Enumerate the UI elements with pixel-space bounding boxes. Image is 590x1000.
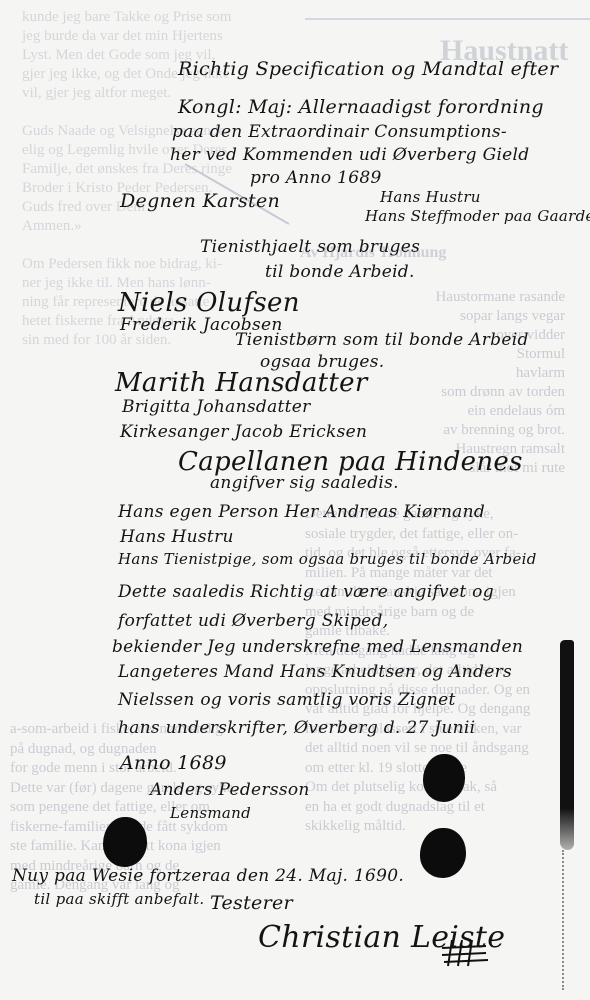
bleed-line: Ammen.»: [22, 217, 292, 236]
attest-line-2: forfattet udi Øverberg Skiped,: [118, 611, 388, 631]
bleed-through-rule: [305, 18, 590, 20]
signature-hatch-mark: [440, 938, 490, 968]
entry-angifver: angifver sig saaledis.: [210, 473, 399, 493]
entry-hans-egen-person: Hans egen Person Her Andreas Kiørnand: [118, 502, 485, 522]
poem-line: ein endelaus óm: [370, 402, 565, 421]
entry-brigitta: Brigitta Johansdatter: [122, 397, 311, 417]
entry-hustru: Hans Hustru: [380, 188, 481, 206]
note-line-1: Nuy paa Wesie fortzeraa den 24. Maj. 169…: [12, 866, 404, 886]
entry-bonde-arbeid: til bonde Arbeid.: [265, 262, 415, 282]
attest-line-6: hans underskrifter, Øverberg d. 27 Junii: [118, 718, 475, 738]
bleed-line: Om Pedersen fikk noe bidrag, ki-: [22, 255, 292, 274]
poem-line: av brenning og brot.: [370, 421, 565, 440]
testerer-label: Testerer: [210, 892, 293, 914]
entry-niels-olufsen: Niels Olufsen: [118, 288, 300, 318]
title-line-1: Richtig Specification og Mandtal efter: [178, 58, 558, 80]
poem-line: Haustormane rasande: [370, 288, 565, 307]
poem-line: sopar langs vegar: [370, 307, 565, 326]
poem-line: som drønn av torden: [370, 383, 565, 402]
entry-steffmoder: Hans Steffmoder paa Gaarden: [365, 207, 590, 225]
poem-line: havlarm: [370, 364, 565, 383]
wax-seal-lower-right: [420, 828, 466, 878]
attest-line-1: Dette saaledis Richtig at være angifvet …: [118, 582, 494, 602]
attest-line-4: Langeteres Mand Hans Knudtsen og Anders: [118, 662, 512, 682]
entry-hans-hustru: Hans Hustru: [120, 527, 234, 547]
ink-smear-margin: [560, 640, 574, 850]
entry-kirkesanger: Kirkesanger Jacob Ericksen: [120, 422, 367, 442]
scanned-document-page: kunde jeg bare Takke og Prise som jeg bu…: [0, 0, 590, 1000]
entry-tienistborn: Tienistbørn som til bonde Arbeid: [235, 330, 529, 350]
signature-lensmand: Lensmand: [170, 804, 251, 822]
title-line-5: pro Anno 1689: [250, 168, 382, 188]
attest-line-3: bekiender Jeg underskrefne med Lensmande…: [112, 637, 523, 657]
signature-anders-pedersson: Anders Pedersson: [150, 780, 310, 800]
wax-seal-top-right: [423, 754, 465, 802]
title-line-3: paa den Extraordinair Consumptions-: [172, 122, 507, 142]
attest-anno-1689: Anno 1689: [120, 752, 227, 774]
wax-seal-left: [103, 817, 147, 867]
note-line-2: til paa skifft anbefalt.: [34, 890, 205, 908]
bleed-line: sosiale trygder, det fattige, eller on-: [305, 525, 575, 545]
title-line-2: Kongl: Maj: Allernaadigst forordning: [178, 96, 544, 118]
bleed-line: kunde jeg bare Takke og Prise som: [22, 8, 292, 27]
entry-tienistpige: Hans Tienistpige, som ogsaa bruges til b…: [118, 550, 537, 568]
ink-speckle-margin: [562, 850, 568, 990]
entry-degnen: Degnen Karsten: [120, 190, 280, 212]
entry-marith: Marith Hansdatter: [115, 368, 368, 398]
attest-line-5: Nielssen og voris samtlig voris Zignet: [118, 690, 456, 710]
entry-tienisthjaelt: Tienisthjaelt som bruges: [200, 237, 420, 257]
title-line-4: her ved Kommenden udi Øverberg Gield: [170, 145, 529, 165]
bleed-line: jeg burde da var det min Hjertens: [22, 27, 292, 46]
